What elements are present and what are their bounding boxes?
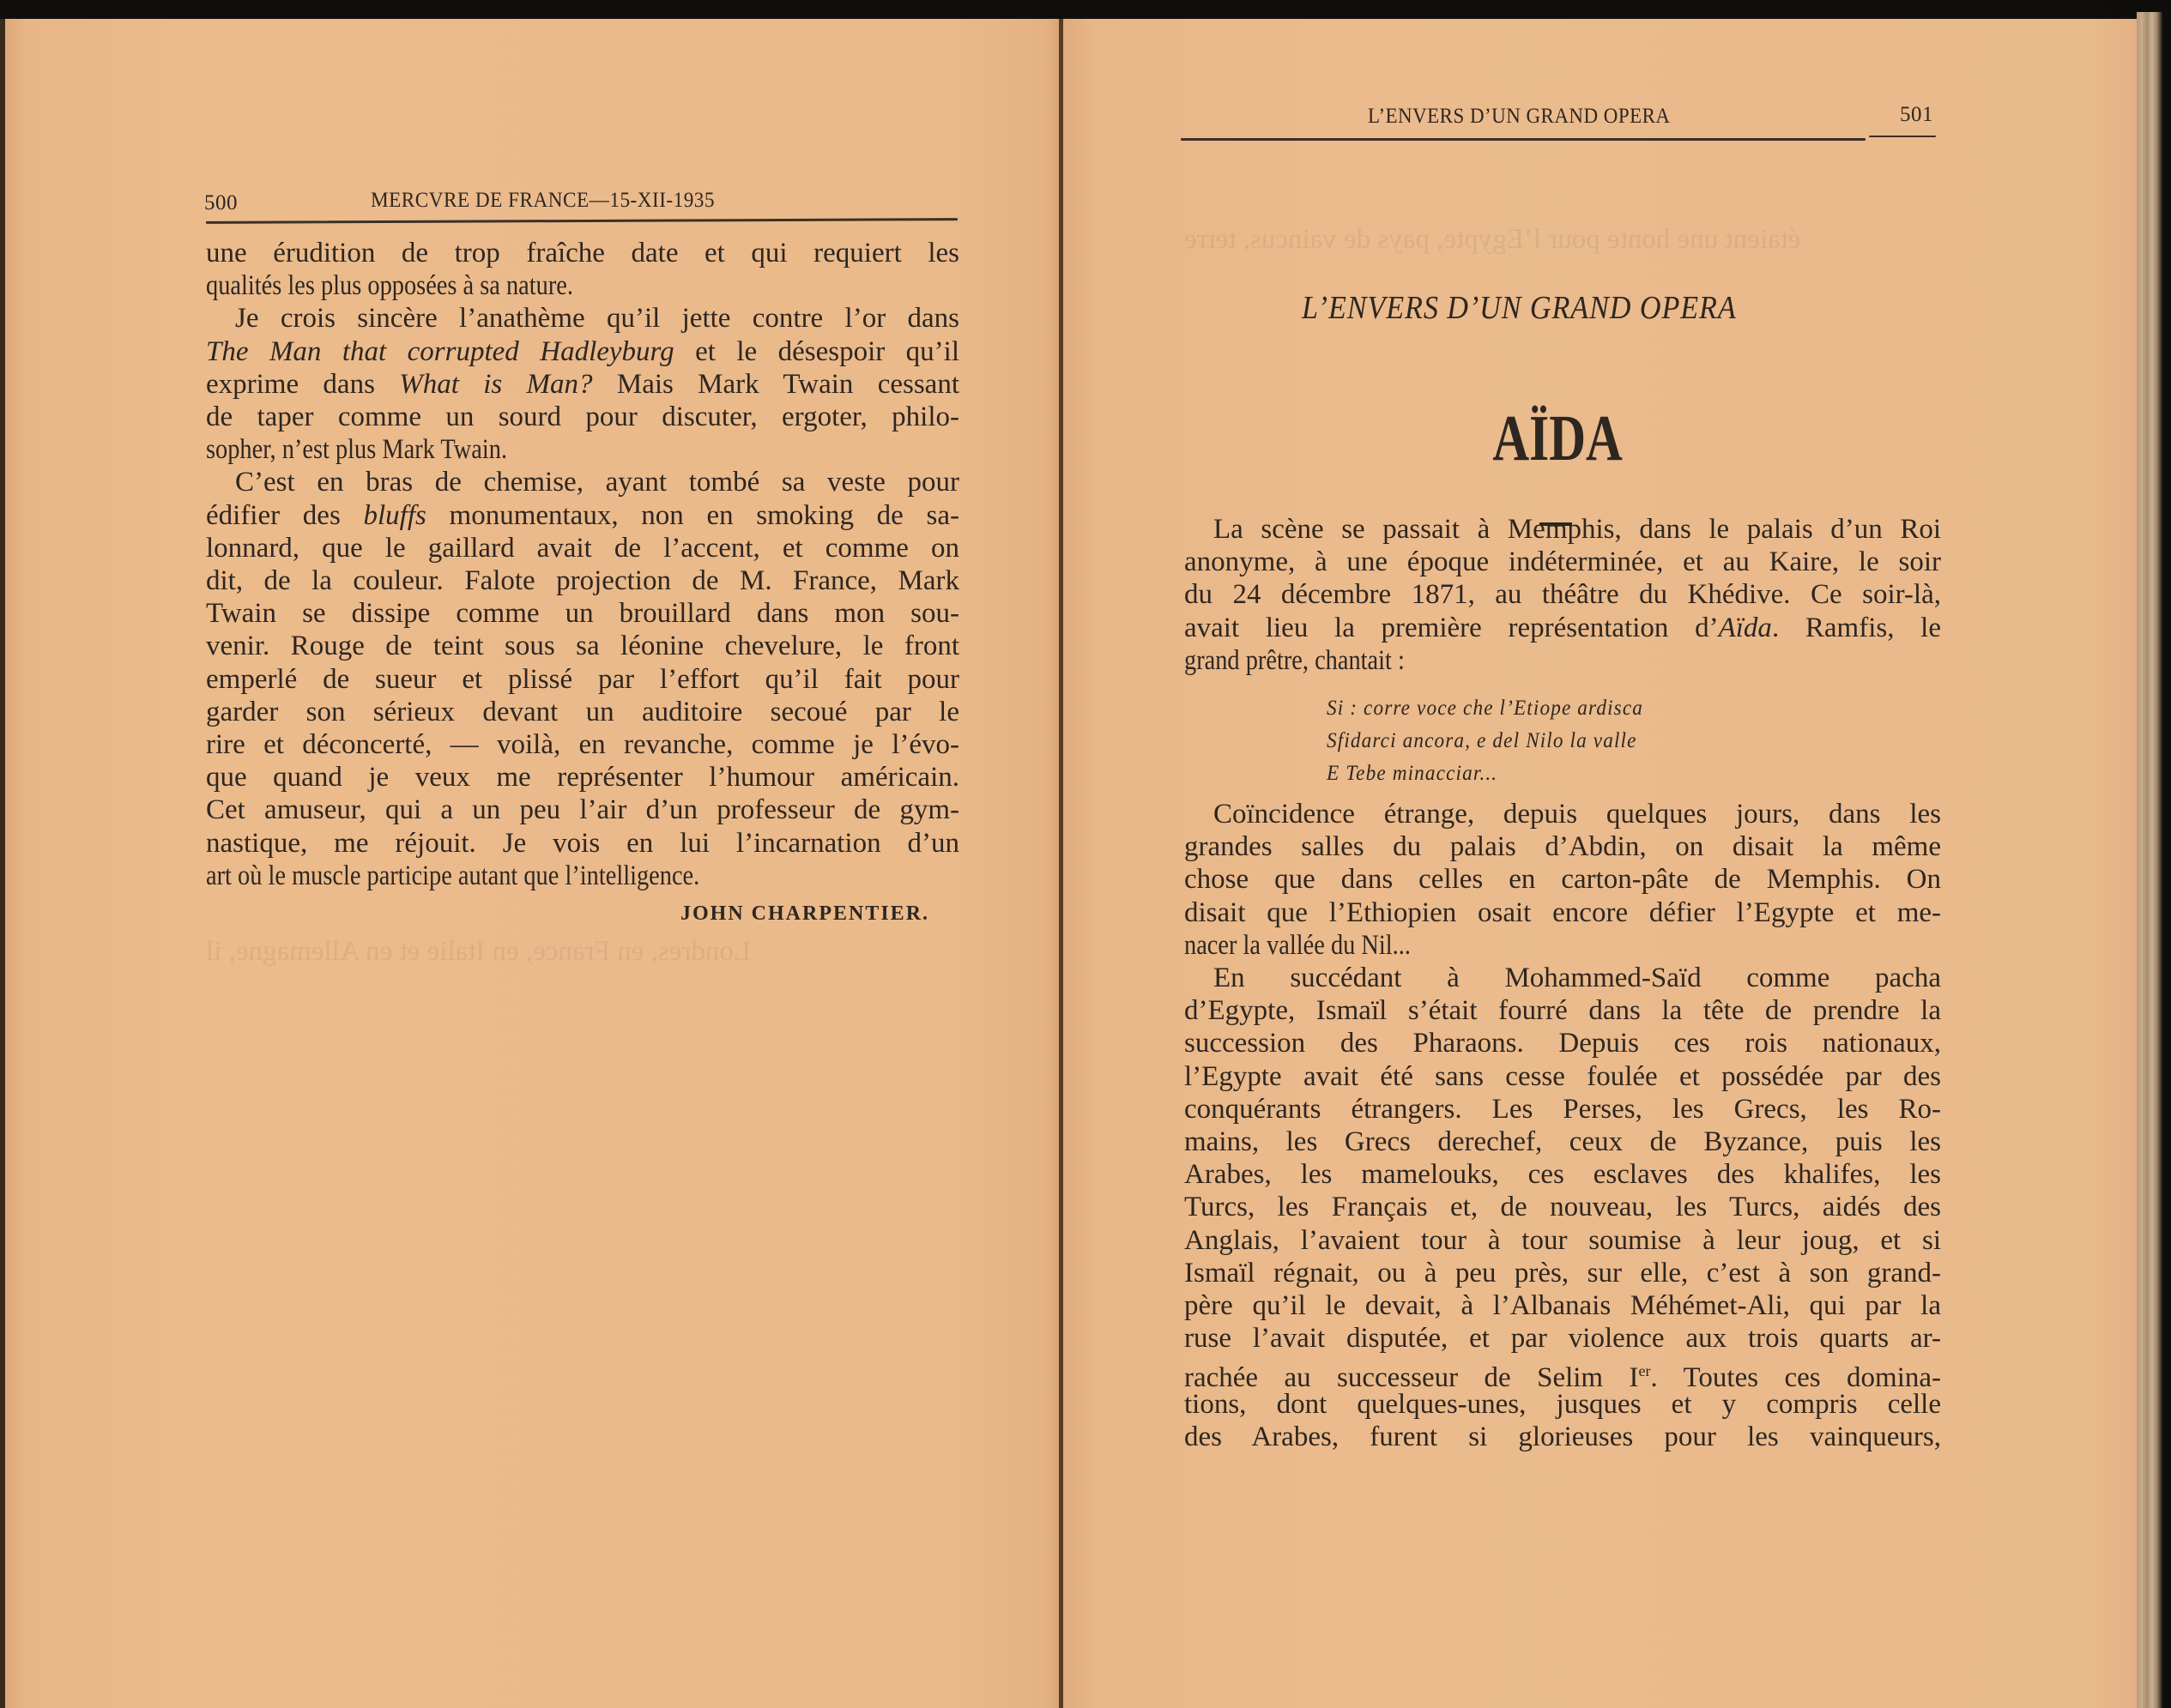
- text-line: conquérants étrangers. Les Perses, les G…: [1184, 1093, 1941, 1126]
- article-title-wrap: AÏDA: [1373, 401, 1742, 476]
- text-line: Cet amuseur, qui a un peu l’air d’un pro…: [206, 794, 959, 826]
- text-line: ruse l’avait disputée, et par violence a…: [1184, 1322, 1941, 1355]
- bleed-through-text: étaient une honte pour l’Egypte, pays de…: [1184, 223, 1800, 256]
- text-line: dit, de la couleur. Falote projection de…: [206, 564, 959, 597]
- text-line: des Arabes, furent si glorieuses pour le…: [1184, 1421, 1941, 1453]
- text-line: rire et déconcerté, — voilà, en revanche…: [206, 728, 959, 761]
- text-line: garder son sérieux devant un auditoire s…: [206, 696, 959, 728]
- text-line: l’Egypte avait été sans cesse foulée et …: [1184, 1060, 1941, 1093]
- scanner-background-corner: [2107, 0, 2171, 12]
- text-line: art où le muscle participe autant que l’…: [206, 860, 699, 892]
- text-line: nacer la vallée du Nil...: [1184, 929, 1411, 962]
- text-line: avait lieu la première représentation d’…: [1184, 612, 1941, 644]
- text-line: tions, dont quelques-unes, jusques et y …: [1184, 1388, 1941, 1421]
- right-header-rule: [1181, 138, 1866, 141]
- text-line: La scène se passait à Memphis, dans le p…: [1213, 513, 1941, 546]
- verse-line: Si : corre voce che l’Etiope ardisca: [1327, 697, 1643, 721]
- right-running-head: L’ENVERS D’UN GRAND OPERA: [1368, 105, 1670, 129]
- text-line: chose que dans celles en carton-pâte de …: [1184, 863, 1941, 896]
- left-page-edge: [0, 19, 5, 1708]
- text-line: Twain se dissipe comme un brouillard dan…: [206, 597, 959, 630]
- text-line: exprime dans What is Man? Mais Mark Twai…: [206, 368, 959, 401]
- text-line: En succédant à Mohammed-Saïd comme pacha: [1213, 962, 1941, 994]
- verse-line: Sfidarci ancora, e del Nilo la valle: [1327, 729, 1637, 753]
- text-line: de taper comme un sourd pour discuter, e…: [206, 401, 959, 433]
- text-line: Turcs, les Français et, de nouveau, les …: [1184, 1191, 1941, 1223]
- text-line: édifier des bluffs monumentaux, non en s…: [206, 499, 959, 532]
- left-running-head: MERCVRE DE FRANCE—15-XII-1935: [371, 189, 715, 213]
- text-line: Coïncidence étrange, depuis quelques jou…: [1213, 798, 1941, 830]
- text-line: sopher, n’est plus Mark Twain.: [206, 433, 507, 466]
- text-line: nastique, me réjouit. Je vois en lui l’i…: [206, 827, 959, 860]
- text-line: grandes salles du palais d’Abdin, on dis…: [1184, 830, 1941, 863]
- text-line: succession des Pharaons. Depuis ces rois…: [1184, 1027, 1941, 1059]
- book-gutter: [1059, 19, 1063, 1708]
- text-line: disait que l’Ethiopien osait encore défi…: [1184, 896, 1941, 929]
- text-line: grand prêtre, chantait :: [1184, 644, 1405, 677]
- text-line: Anglais, l’avaient tour à tour soumise à…: [1184, 1224, 1941, 1257]
- scanner-background-top: [0, 0, 2171, 21]
- author-signature: JOHN CHARPENTIER.: [680, 902, 929, 926]
- article-supertitle: L’ENVERS D’UN GRAND OPERA: [1302, 289, 1737, 327]
- text-line: que quand je veux me représenter l’humou…: [206, 761, 959, 794]
- article-title: AÏDA: [1492, 401, 1623, 476]
- text-line: anonyme, à une époque indéterminée, et a…: [1184, 546, 1941, 578]
- text-line: qualités les plus opposées à sa nature.: [206, 269, 573, 302]
- verse-line: E Tebe minacciar...: [1327, 762, 1497, 786]
- right-page-number: 501: [1900, 103, 1933, 127]
- bleed-through-text: Londres, en France, en Italie et en Alle…: [206, 935, 751, 968]
- text-line: Je crois sincère l’anathème qu’il jette …: [235, 302, 959, 335]
- text-line: du 24 décembre 1871, au théâtre du Khédi…: [1184, 578, 1941, 611]
- text-line: Arabes, les mamelouks, ces esclaves des …: [1184, 1158, 1941, 1191]
- text-line: Ismaïl régnait, ou à peu près, sur elle,…: [1184, 1257, 1941, 1289]
- right-header-rule-tail: [1869, 136, 1936, 137]
- left-page-number: 500: [204, 191, 238, 215]
- text-line: emperlé de sueur et plissé par l’effort …: [206, 663, 959, 696]
- text-line: une érudition de trop fraîche date et qu…: [206, 237, 959, 269]
- text-line: mains, les Grecs derechef, ceux de Byzan…: [1184, 1126, 1941, 1158]
- text-line: venir. Rouge de teint sous sa léonine ch…: [206, 630, 959, 662]
- text-line: lonnard, que le gaillard avait de l’acce…: [206, 532, 959, 564]
- text-line: d’Egypte, Ismaïl s’était fourré dans la …: [1184, 994, 1941, 1027]
- text-line: C’est en bras de chemise, ayant tombé sa…: [235, 466, 959, 498]
- page-stack-edge: [2137, 12, 2162, 1708]
- text-line: The Man that corrupted Hadleyburg et le …: [206, 335, 959, 368]
- text-line: père qu’il le devait, à l’Albanais Méhém…: [1184, 1289, 1941, 1322]
